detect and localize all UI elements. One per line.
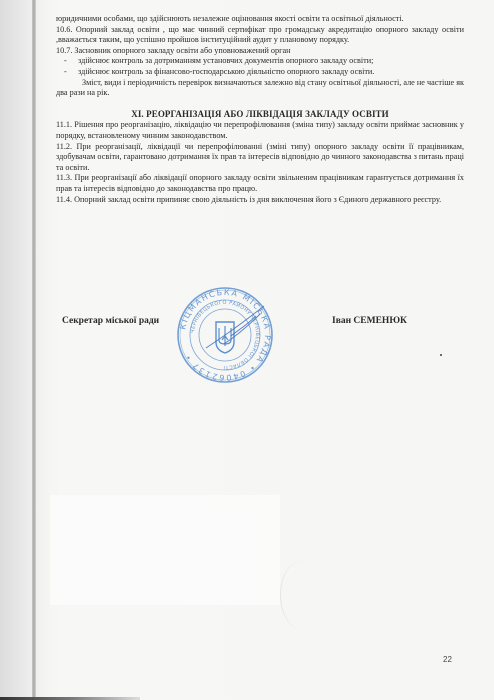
dash-marker: - <box>64 56 78 67</box>
scan-speck <box>440 354 442 356</box>
official-stamp: КІЦМАНСЬКА МІСЬКА РАДА • 04062137 • ЧЕРН… <box>176 286 274 384</box>
paragraph-inspections: Зміст, види і періодичність перевірок ви… <box>56 78 464 99</box>
paragraph-11-4: 11.4. Опорний заклад освіти припиняє сво… <box>56 195 464 206</box>
signatory-position: Секретар міської ради <box>62 316 159 326</box>
paragraph-11-2: 11.2. При реорганізації, ліквідації чи п… <box>56 142 464 174</box>
paragraph-11-3: 11.3. При реорганізації або ліквідації о… <box>56 173 464 194</box>
paragraph-10-7: 10.7. Засновник опорного закладу освіти … <box>56 46 464 57</box>
stamp-seal-icon: КІЦМАНСЬКА МІСЬКА РАДА • 04062137 • ЧЕРН… <box>176 286 274 384</box>
faint-stamp-bleedthrough <box>280 560 326 630</box>
bullet-text: здійснює контроль за фінансово-господарс… <box>78 67 374 78</box>
faded-region <box>50 495 280 605</box>
signatory-name: Іван СЕМЕНЮК <box>332 316 407 326</box>
bullet-item: - здійснює контроль за фінансово-господа… <box>56 67 464 78</box>
document-page: юридичними особами, що здійснюють незале… <box>0 0 494 700</box>
paragraph-10-6: 10.6. Опорний заклад освіти , що має чин… <box>56 25 464 46</box>
paragraph-continuation: юридичними особами, що здійснюють незале… <box>56 14 464 25</box>
bullet-item: - здійснює контроль за дотриманням устан… <box>56 56 464 67</box>
section-title: XI. РЕОРГАНІЗАЦІЯ АБО ЛІКВІДАЦІЯ ЗАКЛАДУ… <box>56 109 464 120</box>
paragraph-11-1: 11.1. Рішення про реорганізацію, ліквіда… <box>56 120 464 141</box>
dash-marker: - <box>64 67 78 78</box>
binding-shadow <box>32 0 36 700</box>
bullet-text: здійснює контроль за дотриманням установ… <box>78 56 373 67</box>
page-number: 22 <box>443 655 452 664</box>
document-body: юридичними особами, що здійснюють незале… <box>56 14 464 205</box>
